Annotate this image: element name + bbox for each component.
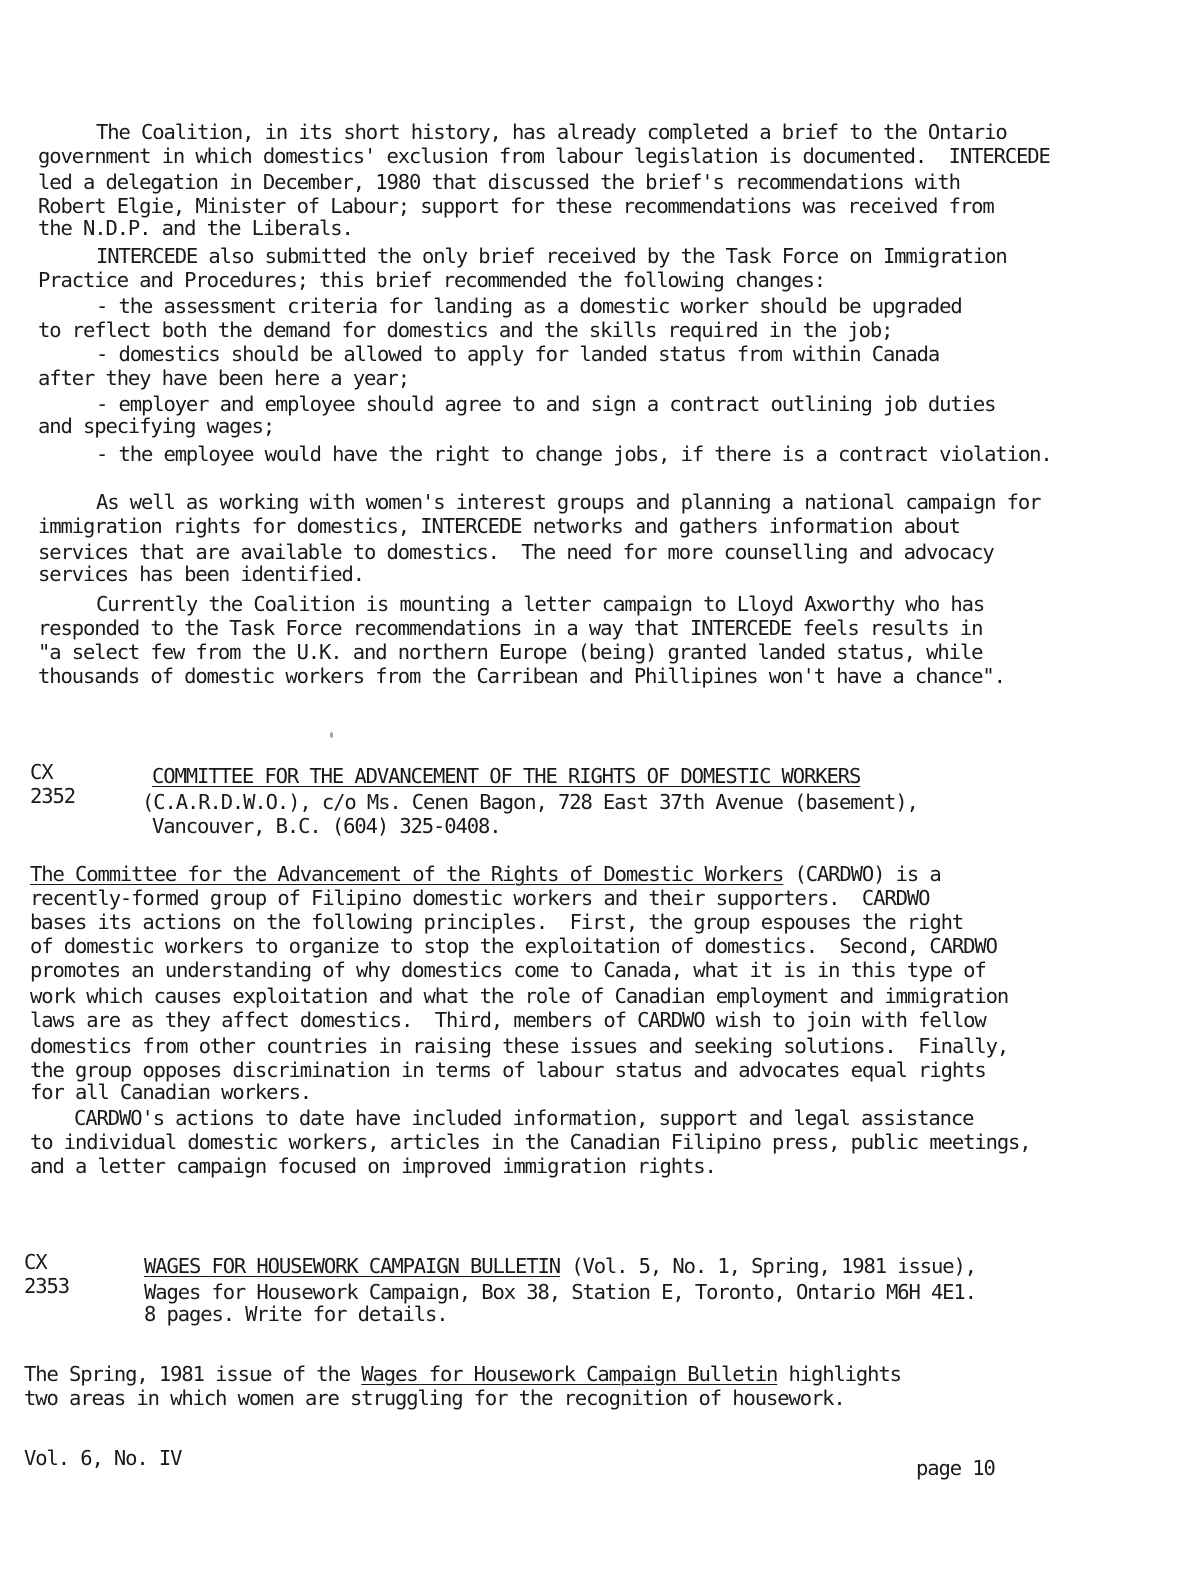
entry-title-line: WAGES FOR HOUSEWORK CAMPAIGN BULLETIN (V…: [144, 1254, 976, 1278]
text-line: two areas in which women are struggling …: [24, 1386, 845, 1410]
entry-body-title: Wages for Housework Campaign Bulletin: [361, 1362, 777, 1386]
entry-address: Wages for Housework Campaign, Box 38, St…: [144, 1280, 976, 1304]
text-line: Currently the Coalition is mounting a le…: [96, 592, 984, 616]
text-line: of domestic workers to organize to stop …: [30, 934, 997, 958]
text-span: highlights: [777, 1362, 901, 1386]
text-line: Practice and Procedures; this brief reco…: [38, 268, 825, 292]
text-line: The Coalition, in its short history, has…: [96, 120, 1007, 144]
entry-details: 8 pages. Write for details.: [144, 1302, 448, 1326]
text-line: to individual domestic workers, articles…: [30, 1130, 1031, 1154]
list-item: - the employee would have the right to c…: [96, 442, 1052, 466]
entry-code-number: 2353: [24, 1274, 69, 1298]
text-line: laws are as they affect domestics. Third…: [30, 1008, 986, 1032]
text-line: the group opposes discrimination in term…: [30, 1058, 986, 1082]
entry-title: COMMITTEE FOR THE ADVANCEMENT OF THE RIG…: [152, 764, 860, 788]
list-item: - domestics should be allowed to apply f…: [96, 342, 939, 366]
entry-body-first-rest: (CARDWO) is a: [783, 862, 940, 886]
entry-address: (C.A.R.D.W.O.), c/o Ms. Cenen Bagon, 728…: [142, 790, 918, 814]
text-line: to reflect both the demand for domestics…: [38, 318, 892, 342]
text-line: INTERCEDE also submitted the only brief …: [96, 244, 1007, 268]
entry-code-prefix: CX: [30, 760, 52, 784]
text-line: led a delegation in December, 1980 that …: [38, 170, 960, 194]
text-line: "a select few from the U.K. and northern…: [38, 640, 982, 664]
text-line: thousands of domestic workers from the C…: [38, 664, 1005, 688]
text-line: CARDWO's actions to date have included i…: [74, 1106, 973, 1130]
text-line: government in which domestics' exclusion…: [38, 144, 1050, 168]
text-line: domestics from other countries in raisin…: [30, 1034, 1008, 1058]
text-line: promotes an understanding of why domesti…: [30, 958, 986, 982]
entry-title-rest: (Vol. 5, No. 1, Spring, 1981 issue),: [560, 1254, 976, 1278]
entry-address-city: Vancouver, B.C. (604) 325-0408.: [152, 814, 501, 838]
text-span: The Spring, 1981 issue of the: [24, 1362, 361, 1386]
entry-body-first-line: The Spring, 1981 issue of the Wages for …: [24, 1362, 901, 1386]
text-line: recently-formed group of Filipino domest…: [30, 886, 929, 910]
text-line: services has been identified.: [38, 562, 364, 586]
text-line: immigration rights for domestics, INTERC…: [38, 514, 960, 538]
text-line: for all Canadian workers.: [30, 1080, 311, 1104]
text-line: Robert Elgie, Minister of Labour; suppor…: [38, 194, 994, 218]
footer-page-number: page 10: [916, 1456, 995, 1480]
entry-code-prefix: CX: [24, 1250, 46, 1274]
text-line: after they have been here a year;: [38, 366, 409, 390]
list-item: - employer and employee should agree to …: [96, 392, 995, 416]
text-line: responded to the Task Force recommendati…: [38, 616, 982, 640]
entry-code-number: 2352: [30, 784, 75, 808]
text-line: bases its actions on the following princ…: [30, 910, 963, 934]
footer-volume: Vol. 6, No. IV: [24, 1446, 181, 1470]
list-item: - the assessment criteria for landing as…: [96, 294, 962, 318]
text-line: work which causes exploitation and what …: [30, 984, 1008, 1008]
entry-body-first-line: The Committee for the Advancement of the…: [30, 862, 941, 886]
entry-title: WAGES FOR HOUSEWORK CAMPAIGN BULLETIN: [144, 1254, 560, 1278]
scan-speck: [330, 732, 333, 738]
entry-body-title: The Committee for the Advancement of the…: [30, 862, 783, 886]
text-line: As well as working with women's interest…: [96, 490, 1040, 514]
text-line: services that are available to domestics…: [38, 540, 994, 564]
text-line: and a letter campaign focused on improve…: [30, 1154, 716, 1178]
text-line: and specifying wages;: [38, 414, 274, 438]
text-line: the N.D.P. and the Liberals.: [38, 216, 353, 240]
